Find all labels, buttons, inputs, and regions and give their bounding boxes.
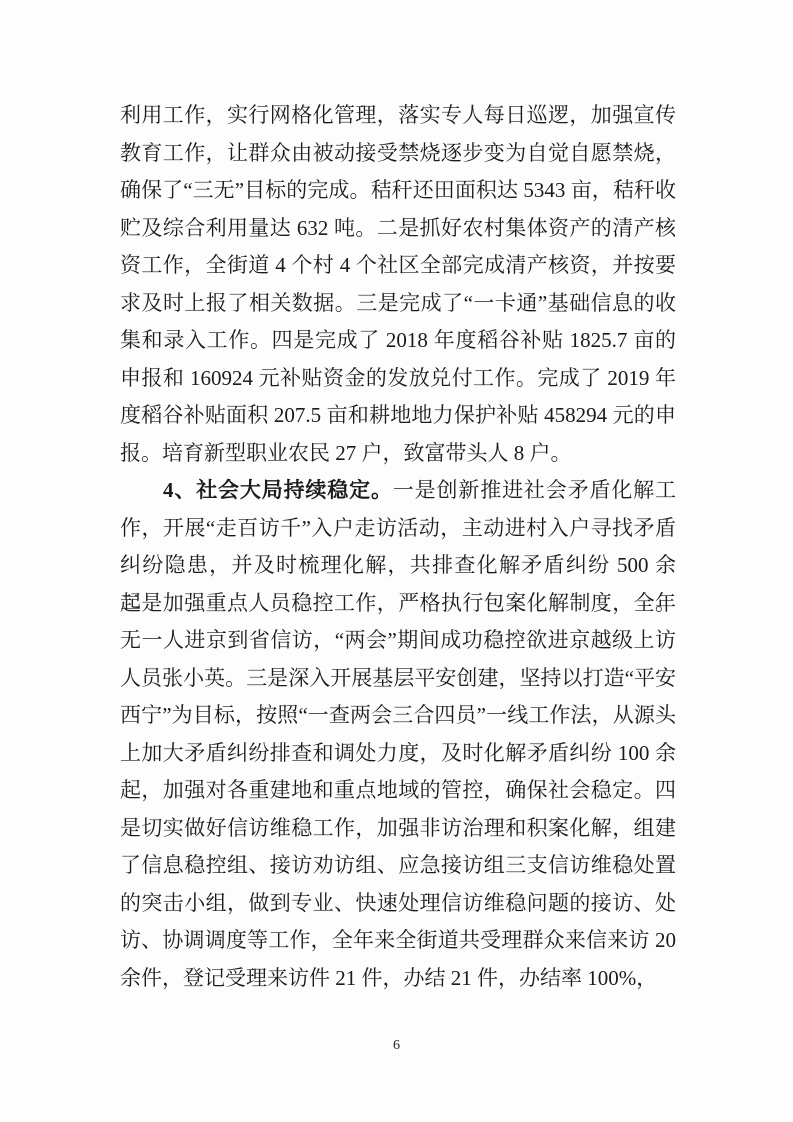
text-line: 资工作，全街道 4 个村 4 个社区全部完成清产核资，并按要 xyxy=(120,247,676,285)
text-line: 集和录入工作。四是完成了 2018 年度稻谷补贴 1825.7 亩的 xyxy=(120,322,676,360)
text-line: 余件，登记受理来访件 21 件，办结 21 件，办结率 100%， xyxy=(120,960,676,998)
text-line: 贮及综合利用量达 632 吨。二是抓好农村集体资产的清产核 xyxy=(120,210,676,248)
section-heading: 4、社会大局持续稳定。 xyxy=(163,478,393,502)
text-line: 度稻谷补贴面积 207.5 亩和耕地地力保护补贴 458294 元的申 xyxy=(120,397,676,435)
text-line: 求及时上报了相关数据。三是完成了“一卡通”基础信息的收 xyxy=(120,285,676,323)
text-line: 申报和 160924 元补贴资金的发放兑付工作。完成了 2019 年 xyxy=(120,360,676,398)
text-line: 是切实做好信访维稳工作，加强非访治理和积案化解，组建 xyxy=(120,810,676,848)
text-line: 的突击小组，做到专业、快速处理信访维稳问题的接访、处 xyxy=(120,885,676,923)
text-line: 利用工作，实行网格化管理，落实专人每日巡逻，加强宣传 xyxy=(120,97,676,135)
text-line: 二是加强重点人员稳控工作，严格执行包案化解制度，全年 xyxy=(120,585,676,623)
text-line: 上加大矛盾纠纷排查和调处力度，及时化解矛盾纠纷 100 余 xyxy=(120,735,676,773)
text-line: 4、社会大局持续稳定。一是创新推进社会矛盾化解工 xyxy=(120,472,676,510)
document-body: 利用工作，实行网格化管理，落实专人每日巡逻，加强宣传教育工作，让群众由被动接受禁… xyxy=(120,97,676,997)
text-line: 起，加强对各重建地和重点地域的管控，确保社会稳定。四 xyxy=(120,772,676,810)
text-line: 作，开展“走百访千”入户走访活动，主动进村入户寻找矛盾 xyxy=(120,510,676,548)
text-line: 确保了“三无”目标的完成。秸秆还田面积达 5343 亩，秸秆收 xyxy=(120,172,676,210)
text-line: 人员张小英。三是深入开展基层平安创建，坚持以打造“平安 xyxy=(120,660,676,698)
page-number: 6 xyxy=(0,1036,793,1056)
text-line: 西宁”为目标，按照“一查两会三合四员”一线工作法，从源头 xyxy=(120,697,676,735)
text-line: 无一人进京到省信访，“两会”期间成功稳控欲进京越级上访 xyxy=(120,622,676,660)
text-line: 了信息稳控组、接访劝访组、应急接访组三支信访维稳处置 xyxy=(120,847,676,885)
text-line: 教育工作，让群众由被动接受禁烧逐步变为自觉自愿禁烧， xyxy=(120,135,676,173)
document-page: 利用工作，实行网格化管理，落实专人每日巡逻，加强宣传教育工作，让群众由被动接受禁… xyxy=(0,0,793,1122)
text-line: 访、协调调度等工作，全年来全街道共受理群众来信来访 20 xyxy=(120,922,676,960)
text-line: 报。培育新型职业农民 27 户，致富带头人 8 户。 xyxy=(120,435,676,473)
text-line: 纠纷隐患，并及时梳理化解，共排查化解矛盾纠纷 500 余起。 xyxy=(120,547,676,585)
